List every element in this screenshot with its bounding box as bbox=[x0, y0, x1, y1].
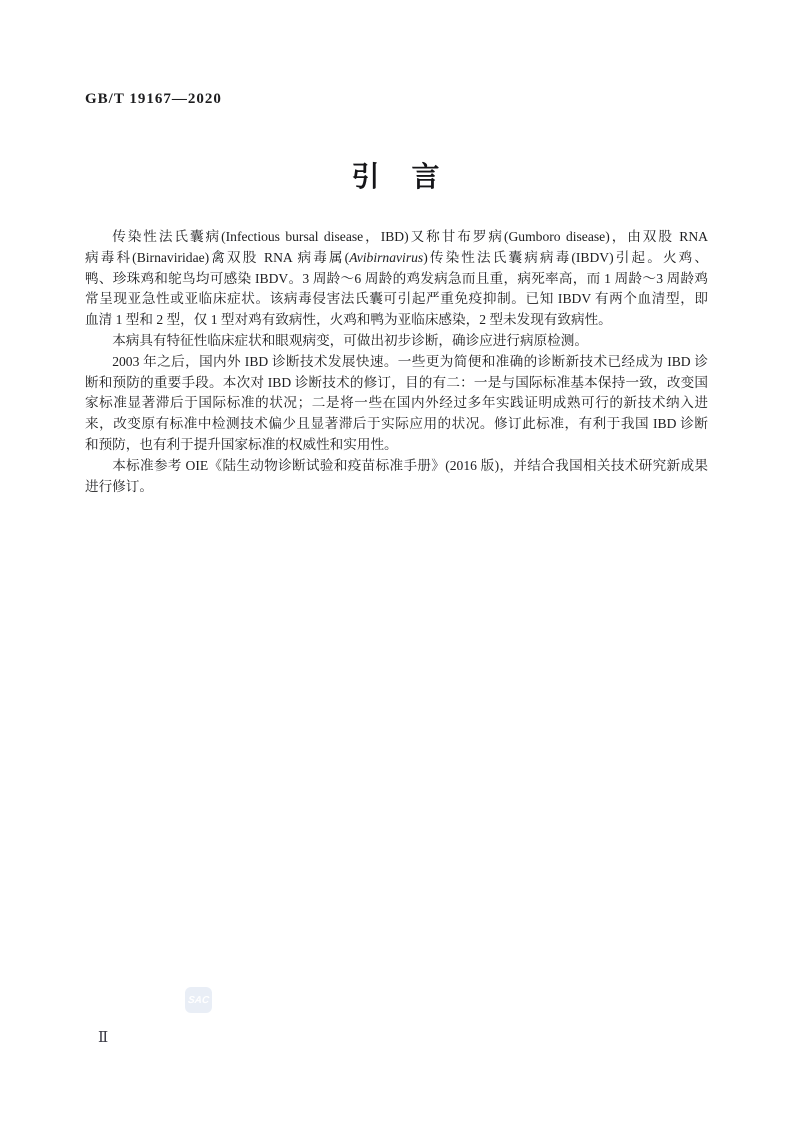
paragraph-4-line-2: 进行修订。 bbox=[85, 477, 708, 498]
paragraph-4-line-1: 本标准参考 OIE《陆生动物诊断试验和疫苗标准手册》(2016 版)，并结合我国… bbox=[85, 456, 708, 477]
paragraph-3-line-2: 断和预防的重要手段。本次对 IBD 诊断技术的修订，目的有二：一是与国际标准基本… bbox=[85, 373, 708, 394]
paragraph-1-line-4: 常呈现亚急性或亚临床症状。该病毒侵害法氏囊可引起严重免疫抑制。已知 IBDV 有… bbox=[85, 289, 708, 310]
paragraph-1-line-2-post: )传染性法氏囊病病毒(IBDV)引起。火鸡、 bbox=[423, 250, 708, 265]
standard-number: GB/T 19167—2020 bbox=[85, 91, 222, 108]
paragraph-3-line-5: 和预防，也有利于提升国家标准的权威性和实用性。 bbox=[85, 435, 708, 456]
paragraph-3-line-1: 2003 年之后，国内外 IBD 诊断技术发展快速。一些更为简便和准确的诊断新技… bbox=[85, 352, 708, 373]
sac-logo-text: SAC bbox=[187, 995, 209, 1006]
paragraph-1-line-2-pre: 病毒科(Birnaviridae)禽双股 RNA 病毒属( bbox=[85, 250, 349, 265]
paragraph-3-line-4: 来，改变原有标准中检测技术偏少且显著滞后于实际应用的状况。修订此标准，有利于我国… bbox=[85, 414, 708, 435]
page-title: 引 言 bbox=[0, 155, 793, 195]
sac-logo-watermark: SAC bbox=[185, 987, 212, 1013]
paragraph-1-line-5: 血清 1 型和 2 型，仅 1 型对鸡有致病性，火鸡和鸭为亚临床感染，2 型未发… bbox=[85, 310, 708, 331]
paragraph-1-line-1: 传染性法氏囊病(Infectious bursal disease，IBD)又称… bbox=[85, 227, 708, 248]
paragraph-3-line-3: 家标准显著滞后于国际标准的状况；二是将一些在国内外经过多年实践证明成熟可行的新技… bbox=[85, 393, 708, 414]
paragraph-1-line-3: 鸭、珍珠鸡和鸵鸟均可感染 IBDV。3 周龄～6 周龄的鸡发病急而且重，病死率高… bbox=[85, 269, 708, 290]
document-page: GB/T 19167—2020 引 言 传染性法氏囊病(Infectious b… bbox=[0, 0, 793, 1122]
virus-genus-latin-name: Avibirnavirus bbox=[349, 250, 423, 265]
paragraph-1-line-2: 病毒科(Birnaviridae)禽双股 RNA 病毒属(Avibirnavir… bbox=[85, 248, 708, 269]
paragraph-2-line-1: 本病具有特征性临床症状和眼观病变，可做出初步诊断，确诊应进行病原检测。 bbox=[85, 331, 708, 352]
page-number: Ⅱ bbox=[98, 1028, 108, 1047]
introduction-text: 传染性法氏囊病(Infectious bursal disease，IBD)又称… bbox=[85, 227, 708, 497]
